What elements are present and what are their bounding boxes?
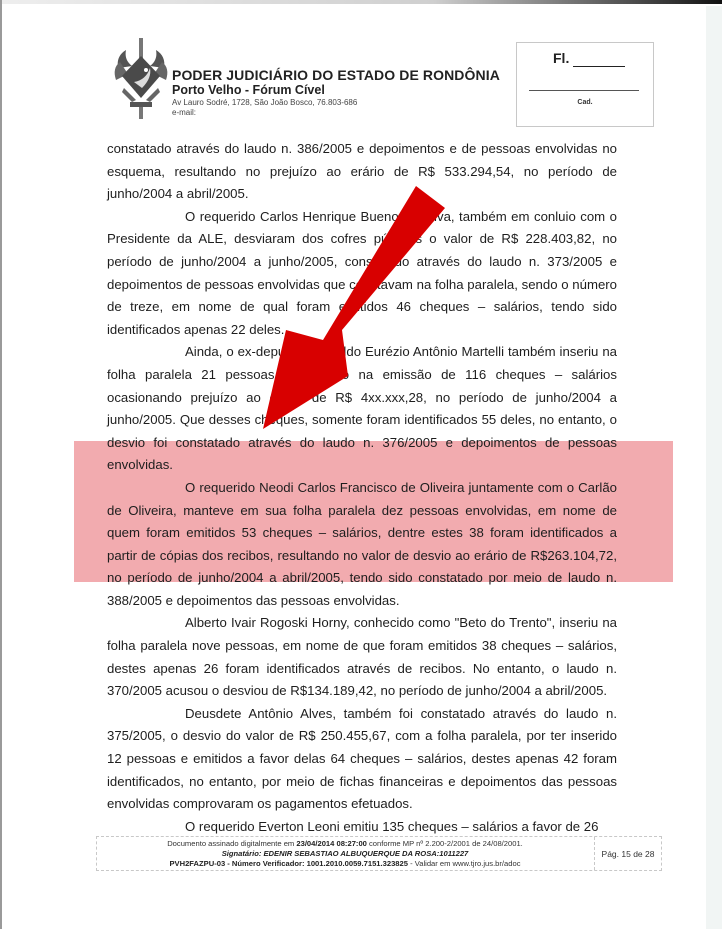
signature-line [529, 90, 639, 91]
coat-of-arms-icon [112, 38, 170, 120]
paragraph: Ainda, o ex-deputado Haroldo Eurézio Ant… [107, 341, 617, 477]
cad-label: Cad. [517, 99, 653, 106]
page-stamp-box: Fl. Cad. [516, 42, 654, 127]
fl-underline [573, 66, 625, 67]
court-email: e-mail: [172, 108, 196, 117]
scan-right-margin [706, 6, 722, 929]
footer-verifier: PVH2FAZPU-03 - Número Verificador: 1001.… [97, 859, 593, 869]
page-number: Pág. 15 de 28 [594, 837, 661, 870]
scan-left-edge [0, 0, 2, 929]
court-title: PODER JUDICIÁRIO DO ESTADO DE RONDÔNIA [172, 67, 500, 83]
scan-top-edge [0, 0, 722, 4]
paragraph: constatado através do laudo n. 386/2005 … [107, 138, 617, 206]
digital-signature-footer: Documento assinado digitalmente em 23/04… [96, 836, 662, 871]
highlighted-paragraph: O requerido Neodi Carlos Francisco de Ol… [107, 477, 617, 613]
fl-label: Fl. [553, 50, 569, 66]
court-subtitle: Porto Velho - Fórum Cível [172, 83, 325, 97]
court-address: Av Lauro Sodré, 1728, São João Bosco, 76… [172, 98, 357, 107]
paragraph: O requerido Carlos Henrique Bueno da Sil… [107, 206, 617, 342]
footer-signed-line: Documento assinado digitalmente em 23/04… [97, 839, 593, 849]
footer-signatory: Signatário: EDENIR SEBASTIAO ALBUQUERQUE… [97, 849, 593, 859]
paragraph: Deusdete Antônio Alves, também foi const… [107, 703, 617, 816]
paragraph: Alberto Ivair Rogoski Horny, conhecido c… [107, 612, 617, 702]
document-body: constatado através do laudo n. 386/2005 … [107, 138, 617, 838]
